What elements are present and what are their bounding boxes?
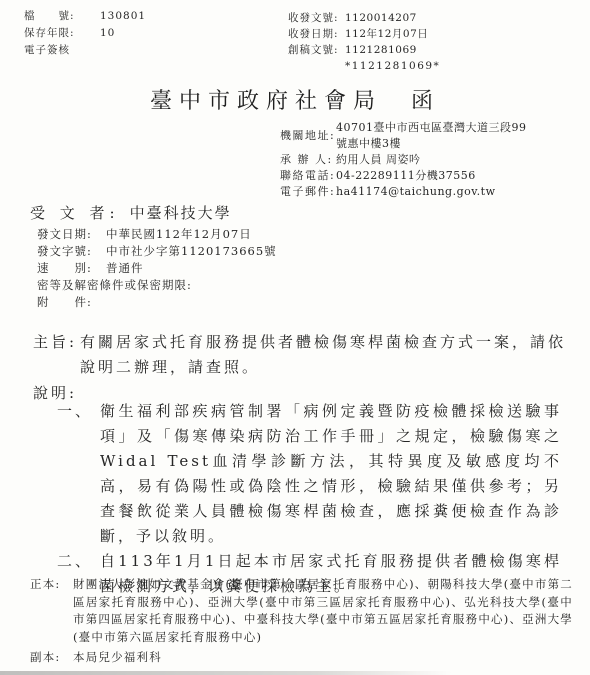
esign-label: 電子簽核 [24, 42, 70, 59]
email-value: ha41174@taichung.gov.tw [336, 184, 496, 200]
retention-row: 保存年限: 10 [24, 25, 146, 42]
officer-label: 承 辦 人: [280, 152, 336, 168]
speed-class-row: 速 別: 普通件 [37, 260, 277, 277]
issue-date-row: 發文日期: 中華民國112年12月07日 [37, 226, 277, 243]
description-item-1: 一、 衛生福利部疾病管制署「病例定義暨防疫檢體採檢送驗事項」及「傷寒傳染病防治工… [57, 399, 567, 549]
retention-value: 10 [100, 25, 115, 42]
security-class-label: 密等及解密條件或保密期限: [37, 277, 192, 294]
document-title: 臺中市政府社會局 函 [0, 84, 590, 115]
officer-value: 約用人員 周姿吟 [336, 152, 421, 168]
item-1-number: 一、 [57, 399, 100, 549]
issue-number-value: 中市社少字第1120173665號 [106, 243, 277, 260]
retention-label: 保存年限: [24, 25, 100, 42]
description-items: 一、 衛生福利部疾病管制署「病例定義暨防疫檢體採檢送驗事項」及「傷寒傳染病防治工… [57, 399, 567, 599]
recipient-value: 中臺科技大學 [130, 202, 232, 223]
file-info-block: 檔 號: 130801 保存年限: 10 電子簽核 [24, 8, 146, 59]
speed-class-value: 普通件 [106, 260, 144, 277]
barcode-number-text: *1121281069* [288, 58, 440, 74]
agency-address-line2: 號惠中樓3樓 [336, 136, 527, 152]
cc-copy-value: 本局兒少福利科 [73, 649, 573, 667]
issue-date-label: 發文日期: [37, 226, 106, 243]
email-label: 電子郵件: [280, 184, 336, 200]
dispatch-info-block: 收發文號: 1120014207 收發日期: 112年12月07日 創稿文號: … [288, 10, 440, 74]
attachment-row: 附 件: [37, 294, 277, 311]
subject-row: 主旨: 有關居家式托育服務提供者體檢傷寒桿菌檢查方式一案，請依說明二辦理，請查照… [33, 330, 566, 380]
phone-value: 04-22289111分機37556 [336, 168, 476, 184]
agency-address-line1: 40701臺中市西屯區臺灣大道三段99 [336, 120, 527, 136]
original-copy-label: 正本: [30, 576, 73, 594]
draft-no-row: 創稿文號: 1121281069 [288, 42, 440, 58]
original-copy-list: 財團法人彭婉如文教基金會(臺中市第一區居家托育服務中心)、朝陽科技大學(臺中市第… [73, 576, 573, 646]
officer-row: 承 辦 人: 約用人員 周姿吟 [280, 152, 580, 168]
recv-no-value: 1120014207 [345, 10, 417, 26]
recv-date-row: 收發日期: 112年12月07日 [288, 26, 440, 42]
meta-block: 發文日期: 中華民國112年12月07日 發文字號: 中市社少字第1120173… [37, 226, 277, 311]
scan-edge-artifact [0, 671, 452, 675]
file-number-label: 檔 號: [24, 8, 100, 25]
original-copy-row: 正本: 財團法人彭婉如文教基金會(臺中市第一區居家托育服務中心)、朝陽科技大學(… [30, 576, 573, 646]
agency-address-row: 機關地址: 40701臺中市西屯區臺灣大道三段99 號惠中樓3樓 [280, 120, 580, 152]
esign-row: 電子簽核 [24, 42, 146, 59]
phone-row: 聯絡電話: 04-22289111分機37556 [280, 168, 580, 184]
issue-date-value: 中華民國112年12月07日 [106, 226, 252, 243]
recipient-row: 受 文 者: 中臺科技大學 [30, 202, 232, 223]
cc-copy-label: 副本: [30, 649, 73, 667]
security-class-row: 密等及解密條件或保密期限: [37, 277, 277, 294]
file-number-value: 130801 [100, 8, 146, 25]
recipient-label: 受 文 者: [30, 202, 120, 223]
agency-address-label: 機關地址: [280, 128, 336, 144]
subject-label: 主旨: [33, 330, 80, 355]
recv-date-value: 112年12月07日 [345, 26, 428, 42]
attachment-label: 附 件: [37, 294, 106, 311]
email-row: 電子郵件: ha41174@taichung.gov.tw [280, 184, 580, 200]
subject-text: 有關居家式托育服務提供者體檢傷寒桿菌檢查方式一案，請依說明二辦理，請查照。 [80, 330, 566, 380]
agency-address-value: 40701臺中市西屯區臺灣大道三段99 號惠中樓3樓 [336, 120, 527, 152]
file-number-row: 檔 號: 130801 [24, 8, 146, 25]
draft-no-value: 1121281069 [345, 42, 417, 58]
draft-no-label: 創稿文號: [288, 42, 345, 58]
recv-no-label: 收發文號: [288, 10, 345, 26]
speed-class-label: 速 別: [37, 260, 106, 277]
issue-number-row: 發文字號: 中市社少字第1120173665號 [37, 243, 277, 260]
issue-number-label: 發文字號: [37, 243, 106, 260]
recv-date-label: 收發日期: [288, 26, 345, 42]
item-1-text: 衛生福利部疾病管制署「病例定義暨防疫檢體採檢送驗事項」及「傷寒傳染病防治工作手冊… [100, 399, 562, 549]
recv-no-row: 收發文號: 1120014207 [288, 10, 440, 26]
phone-label: 聯絡電話: [280, 168, 336, 184]
agency-contact-block: 機關地址: 40701臺中市西屯區臺灣大道三段99 號惠中樓3樓 承 辦 人: … [280, 120, 580, 200]
cc-copy-row: 副本: 本局兒少福利科 [30, 649, 573, 667]
